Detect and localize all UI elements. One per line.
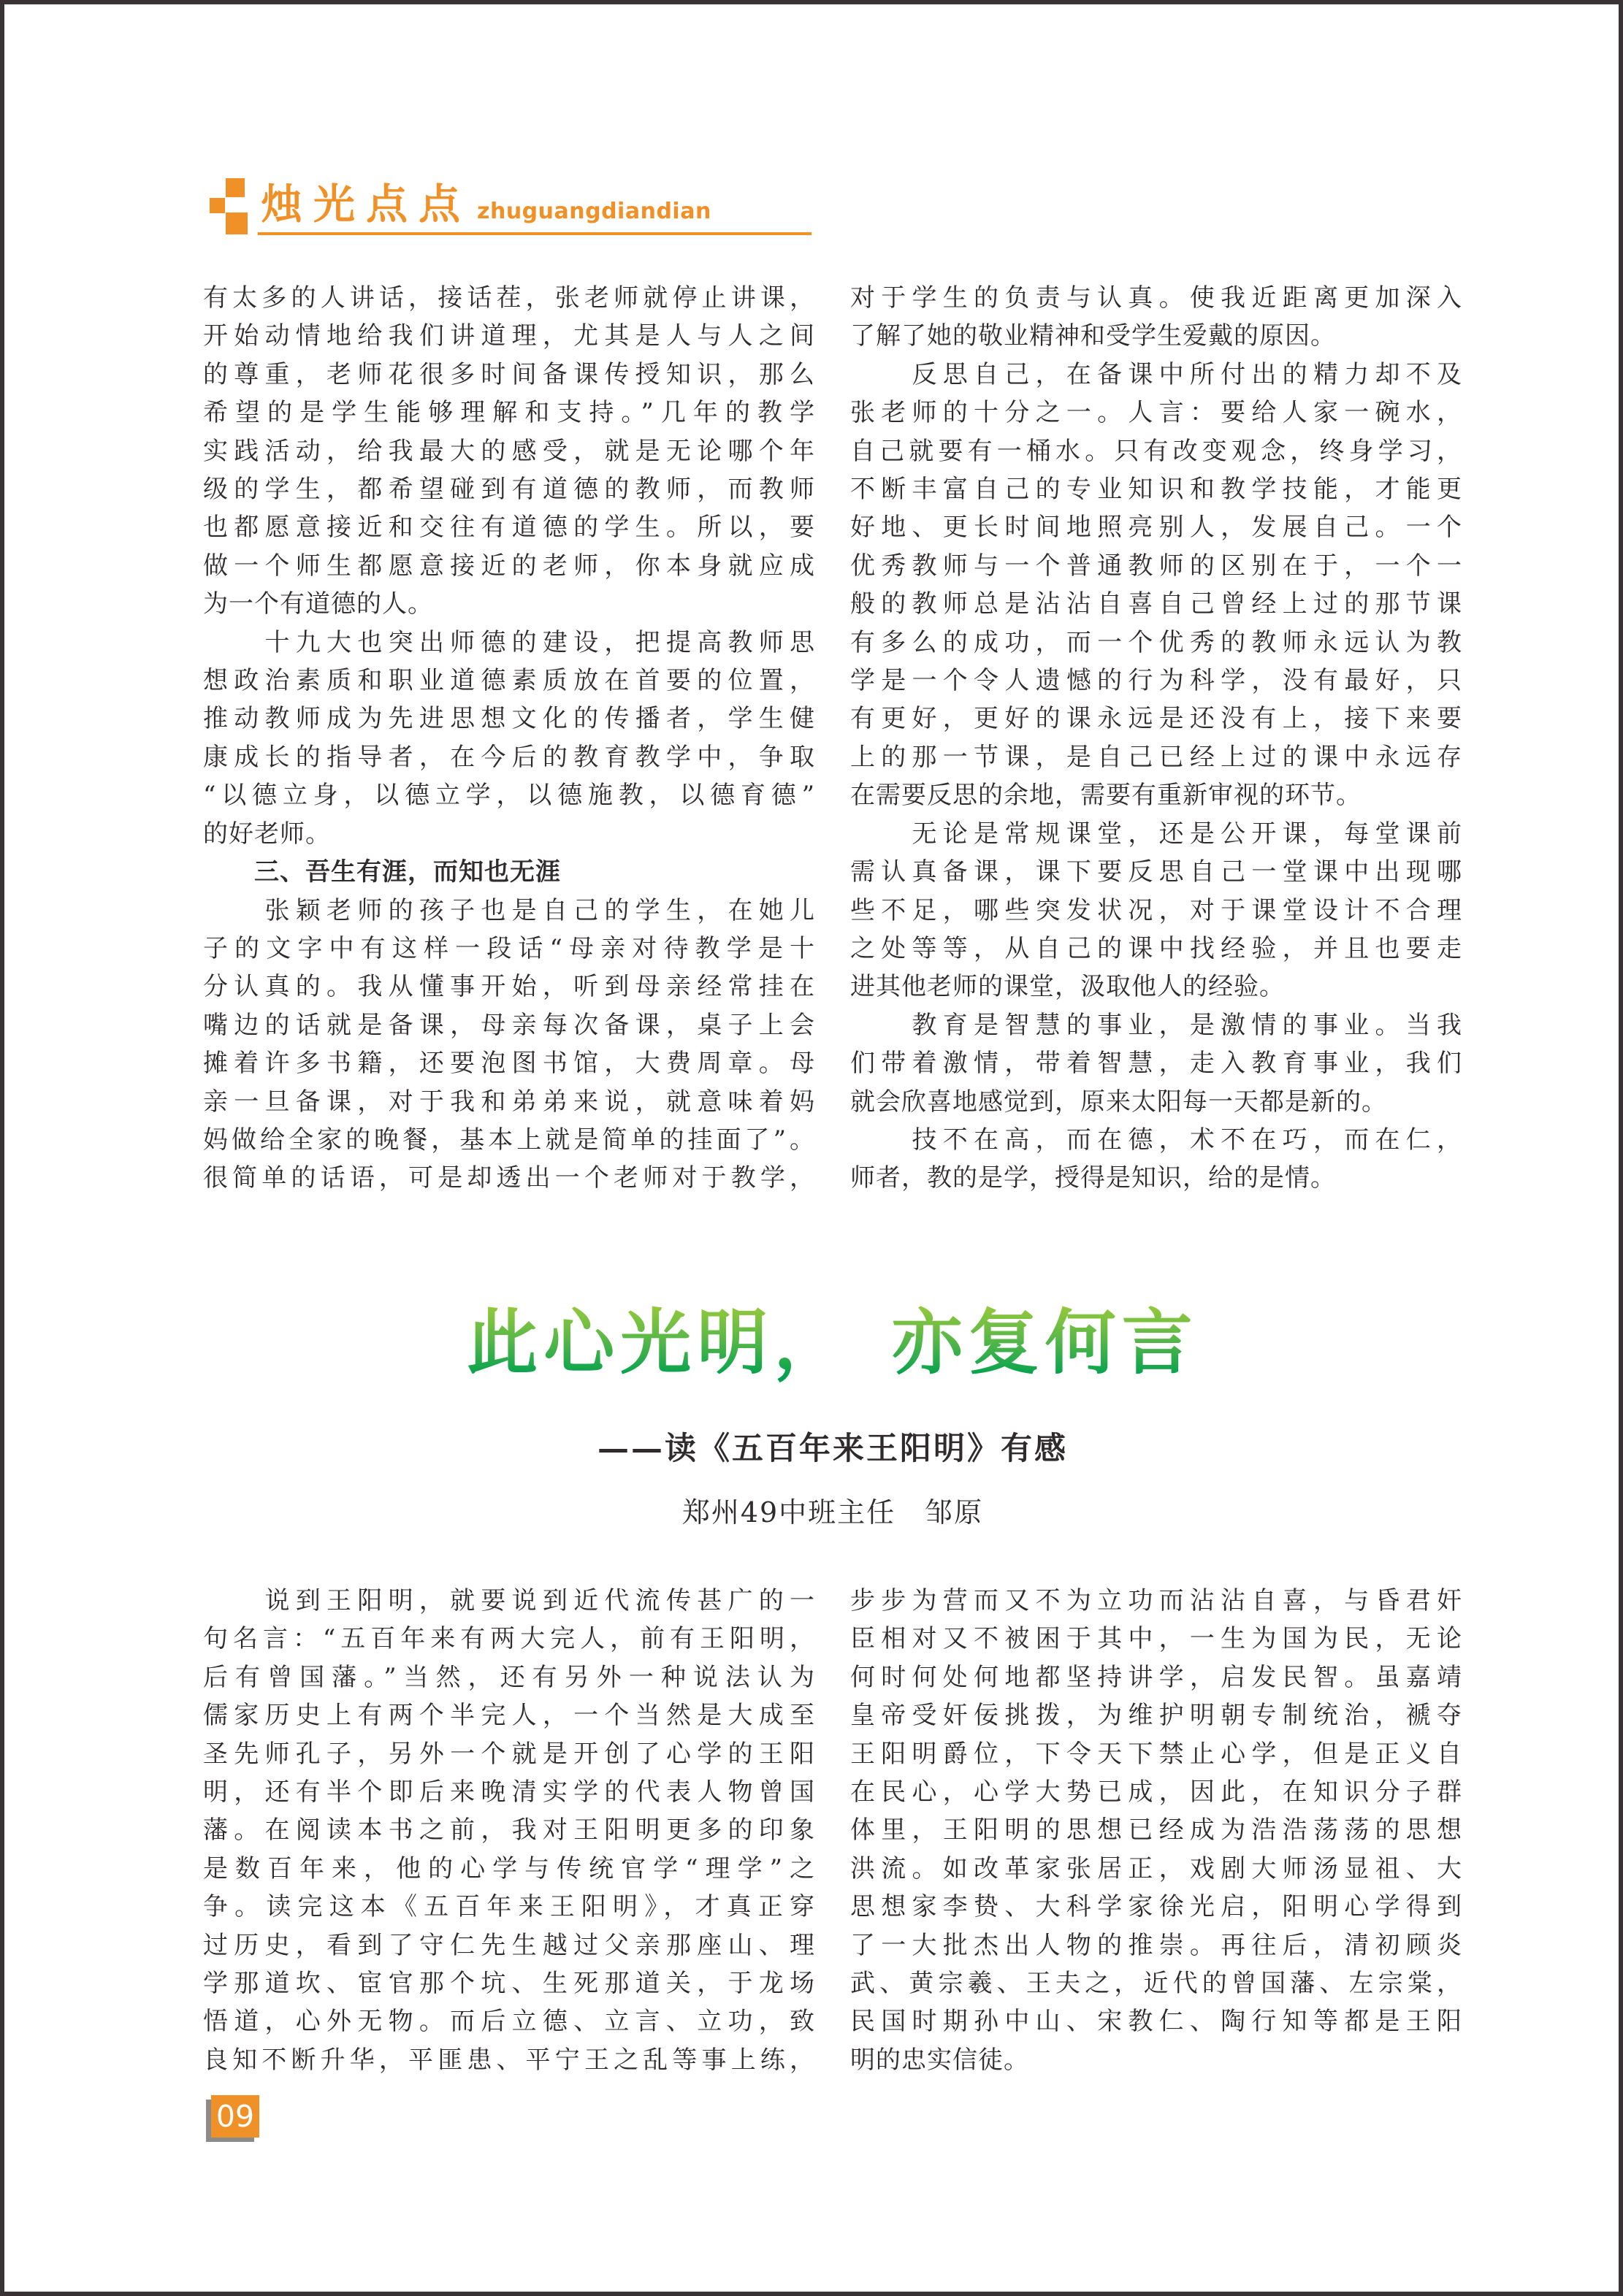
article2-author: 郑州49中班主任 邹原: [203, 1494, 1462, 1531]
text-line: 的好老师。: [203, 815, 815, 853]
article2-columns: 说到王阳明，就要说到近代流传甚广的一句名言：“五百年来有两大完人，前有王阳明，后…: [203, 1582, 1462, 2079]
text-line: 在民心，心学大势已成，因此，在知识分子群: [850, 1773, 1462, 1811]
text-line: 思想家李贽、大科学家徐光启，阳明心学得到: [850, 1888, 1462, 1926]
text-line: 希望的是学生能够理解和支持。”几年的教学: [203, 394, 815, 432]
text-line: 张老师的十分之一。人言：要给人家一碗水，: [850, 394, 1462, 432]
pixel-squares-logo-icon: [210, 178, 249, 235]
text-line: 们带着激情，带着智慧，走入教育事业，我们: [850, 1044, 1462, 1082]
text-line: 妈做给全家的晚餐，基本上就是简单的挂面了”。: [203, 1121, 815, 1159]
text-line: 明，还有半个即后来晚清实学的代表人物曾国: [203, 1773, 815, 1811]
section-header-underline: [258, 232, 811, 235]
text-line: 实践活动，给我最大的感受，就是无论哪个年: [203, 432, 815, 470]
text-line: 臣相对又不被困于其中，一生为国为民，无论: [850, 1620, 1462, 1658]
paragraph-heading-line: 三、吾生有涯，而知也无涯: [203, 853, 815, 891]
text-line: 良知不断升华，平匪患、平宁王之乱等事上练，: [203, 2041, 815, 2079]
logo-square-top: [226, 178, 245, 197]
text-line: 对于学生的负责与认真。使我近距离更加深入: [850, 279, 1462, 317]
text-line: 儒家历史上有两个半完人，一个当然是大成至: [203, 1696, 815, 1734]
text-line: 在需要反思的余地，需要有重新审视的环节。: [850, 776, 1462, 814]
page-number-badge: 09: [211, 2095, 259, 2138]
article1-columns: 有太多的人讲话，接话茬，张老师就停止讲课，开始动情地给我们讲道理，尤其是人与人之…: [203, 279, 1462, 1198]
section-header: 烛光点点 zhuguangdiandian: [210, 178, 811, 235]
text-line: 就会欣喜地感觉到，原来太阳每一天都是新的。: [850, 1083, 1462, 1121]
text-line: 开始动情地给我们讲道理，尤其是人与人之间: [203, 317, 815, 355]
text-line: 争。读完这本《五百年来王阳明》，才真正穿: [203, 1888, 815, 1926]
text-line: 王阳明爵位，下令天下禁止心学，但是正义自: [850, 1735, 1462, 1773]
article1-left-column: 有太多的人讲话，接话茬，张老师就停止讲课，开始动情地给我们讲道理，尤其是人与人之…: [203, 279, 815, 1198]
page-number: 09: [216, 2099, 254, 2134]
text-line: 了解了她的敬业精神和受学生爱戴的原因。: [850, 317, 1462, 355]
text-line: 是数百年来，他的心学与传统官学“理学”之: [203, 1850, 815, 1888]
text-line: 无论是常规课堂，还是公开课，每堂课前: [850, 815, 1462, 853]
article2-subtitle: ——读《五百年来王阳明》有感: [203, 1428, 1462, 1469]
article2-right-column: 步步为营而又不为立功而沾沾自喜，与昏君奸臣相对又不被困于其中，一生为国为民，无论…: [850, 1582, 1462, 2079]
text-line: 民国时期孙中山、宋教仁、陶行知等都是王阳: [850, 2002, 1462, 2040]
text-line: 的尊重，老师花很多时间备课传授知识，那么: [203, 356, 815, 394]
text-line: 后有曾国藩。”当然，还有另外一种说法认为: [203, 1658, 815, 1696]
text-line: 体里，王阳明的思想已经成为浩浩荡荡的思想: [850, 1811, 1462, 1849]
text-line: 亲一旦备课，对于我和弟弟来说，就意味着妈: [203, 1083, 815, 1121]
text-line: 嘴边的话就是备课，母亲每次备课，桌子上会: [203, 1006, 815, 1044]
text-line: 明的忠实信徒。: [850, 2041, 1462, 2079]
text-line: 皇帝受奸佞挑拨，为维护明朝专制统治，褫夺: [850, 1696, 1462, 1734]
text-line: 做一个师生都愿意接近的老师，你本身就应成: [203, 547, 815, 585]
text-line: 进其他老师的课堂，汲取他人的经验。: [850, 968, 1462, 1006]
text-line: 之处等等，从自己的课中找经验，并且也要走: [850, 930, 1462, 968]
text-line: 技不在高，而在德，术不在巧，而在仁，: [850, 1121, 1462, 1159]
text-line: 张颖老师的孩子也是自己的学生，在她儿: [203, 892, 815, 930]
text-line: 想政治素质和职业道德素质放在首要的位置，: [203, 662, 815, 700]
text-line: 推动教师成为先进思想文化的传播者，学生健: [203, 700, 815, 738]
text-line: 子的文字中有这样一段话“母亲对待教学是十: [203, 930, 815, 968]
text-line: 些不足，哪些突发状况，对于课堂设计不合理: [850, 892, 1462, 930]
text-line: 很简单的话语，可是却透出一个老师对于教学，: [203, 1159, 815, 1197]
text-line: 悟道，心外无物。而后立德、立言、立功，致: [203, 2002, 815, 2040]
text-line: 何时何处何地都坚持讲学，启发民智。虽嘉靖: [850, 1658, 1462, 1696]
article1-right-column: 对于学生的负责与认真。使我近距离更加深入了解了她的敬业精神和受学生爱戴的原因。 …: [850, 279, 1462, 1198]
text-line: 师者，教的是学，授得是知识，给的是情。: [850, 1159, 1462, 1197]
logo-square-middle-left: [210, 198, 225, 213]
text-line: 级的学生，都希望碰到有道德的教师，而教师: [203, 470, 815, 508]
text-line: 圣先师孔子，另外一个就是开创了心学的王阳: [203, 1735, 815, 1773]
magazine-page: { "page": { "number": "09" }, "colors": …: [0, 0, 1623, 2296]
text-line: 教育是智慧的事业，是激情的事业。当我: [850, 1006, 1462, 1044]
text-line: 学那道坎、宦官那个坑、生死那道关，于龙场: [203, 1964, 815, 2002]
text-line: 需认真备课，课下要反思自己一堂课中出现哪: [850, 853, 1462, 891]
section-title: 烛光点点: [261, 184, 471, 226]
text-line: 反思自己，在备课中所付出的精力却不及: [850, 356, 1462, 394]
section-header-text: 烛光点点 zhuguangdiandian: [258, 184, 811, 235]
text-line: 十九大也突出师德的建设，把提高教师思: [203, 624, 815, 662]
text-line: 康成长的指导者，在今后的教育教学中，争取: [203, 738, 815, 776]
text-line: 为一个有道德的人。: [203, 585, 815, 623]
text-line: 有多么的成功，而一个优秀的教师永远认为教: [850, 624, 1462, 662]
logo-square-bottom: [226, 213, 248, 234]
article2-left-column: 说到王阳明，就要说到近代流传甚广的一句名言：“五百年来有两大完人，前有王阳明，后…: [203, 1582, 815, 2079]
text-line: 般的教师总是沾沾自喜自己曾经上过的那节课: [850, 585, 1462, 623]
text-line: 武、黄宗羲、王夫之，近代的曾国藩、左宗棠，: [850, 1964, 1462, 2002]
text-line: 有更好，更好的课永远是还没有上，接下来要: [850, 700, 1462, 738]
text-line: 过历史，看到了守仁先生越过父亲那座山、理: [203, 1926, 815, 1964]
text-line: 了一大批杰出人物的推崇。再往后，清初顾炎: [850, 1926, 1462, 1964]
article2-title: 此心光明， 亦复何言: [203, 1298, 1462, 1386]
text-line: 分认真的。我从懂事开始，听到母亲经常挂在: [203, 968, 815, 1006]
text-line: 句名言：“五百年来有两大完人，前有王阳明，: [203, 1620, 815, 1658]
text-line: 藩。在阅读本书之前，我对王阳明更多的印象: [203, 1811, 815, 1849]
text-line: 不断丰富自己的专业知识和教学技能，才能更: [850, 470, 1462, 508]
text-line: 学是一个令人遗憾的行为科学，没有最好，只: [850, 662, 1462, 700]
text-line: 洪流。如改革家张居正，戏剧大师汤显祖、大: [850, 1850, 1462, 1888]
text-line: 自己就要有一桶水。只有改变观念，终身学习，: [850, 432, 1462, 470]
text-line: 摊着许多书籍，还要泡图书馆，大费周章。母: [203, 1044, 815, 1082]
text-line: 优秀教师与一个普通教师的区别在于，一个一: [850, 547, 1462, 585]
text-line: 说到王阳明，就要说到近代流传甚广的一: [203, 1582, 815, 1620]
section-title-pinyin: zhuguangdiandian: [477, 201, 711, 223]
text-line: 步步为营而又不为立功而沾沾自喜，与昏君奸: [850, 1582, 1462, 1620]
text-line: 上的那一节课，是自己已经上过的课中永远存: [850, 738, 1462, 776]
text-line: 有太多的人讲话，接话茬，张老师就停止讲课，: [203, 279, 815, 317]
text-line: 也都愿意接近和交往有道德的学生。所以，要: [203, 508, 815, 546]
text-line: 好地、更长时间地照亮别人，发展自己。一个: [850, 508, 1462, 546]
text-line: “以德立身，以德立学，以德施教，以德育德”: [203, 776, 815, 814]
